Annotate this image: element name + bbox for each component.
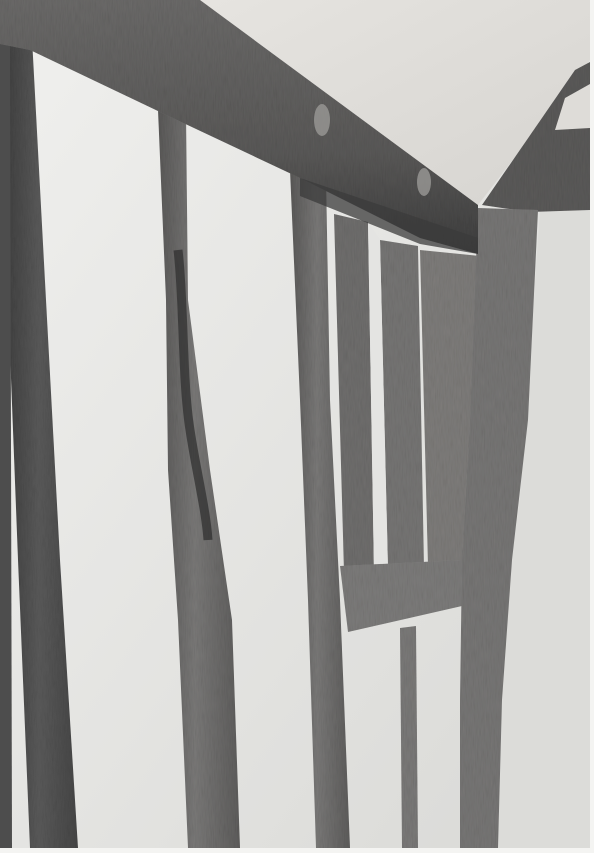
beam-peg-2 <box>417 168 431 196</box>
lower-thin-stud <box>400 626 418 848</box>
beam-peg-1 <box>314 104 330 136</box>
left-post-edge <box>0 40 12 848</box>
photo-canvas <box>0 0 594 853</box>
bottom-page-edge <box>0 848 594 853</box>
timber-frame-photograph <box>0 0 594 853</box>
right-page-edge <box>590 0 594 853</box>
